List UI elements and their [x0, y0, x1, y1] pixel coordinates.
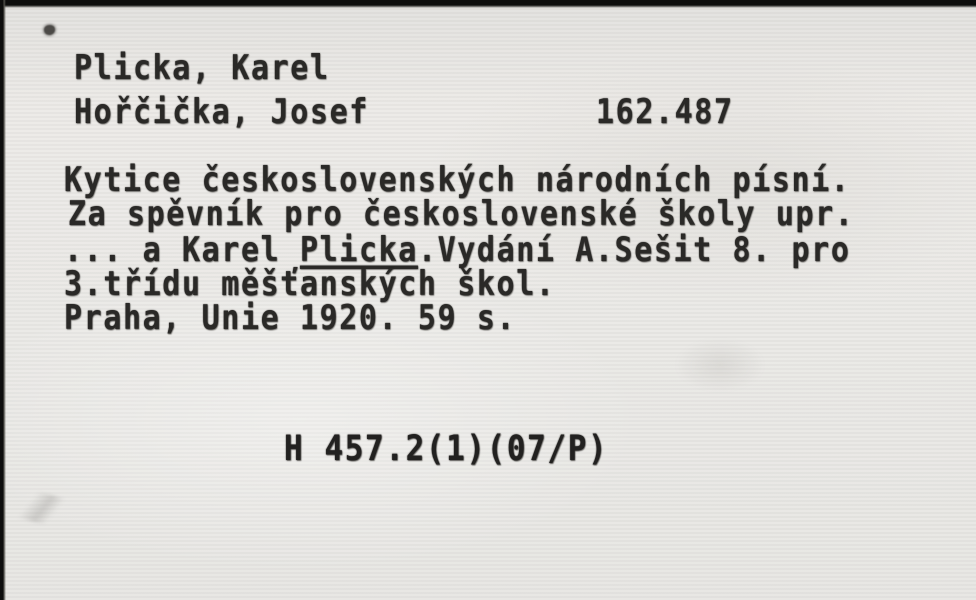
ink-speck — [44, 25, 55, 35]
catalog-card-scan: Plicka, Karel Hořčička, Josef 162.487 Ky… — [0, 0, 976, 600]
imprint-line: Praha, Unie 1920. 59 s. — [64, 300, 516, 338]
paper-smudge-bottom-left — [4, 485, 87, 533]
secondary-author-heading: Hořčička, Josef — [74, 94, 369, 132]
call-number: H 457.2(1)(07/P) — [284, 430, 608, 468]
scan-edge-top — [0, 0, 976, 8]
shelf-number: 162.487 — [596, 94, 734, 132]
title-line-2: Za spěvník pro československé školy upr. — [68, 196, 854, 234]
author-heading: Plicka, Karel — [74, 50, 330, 88]
paper-smudge-right — [660, 320, 780, 410]
